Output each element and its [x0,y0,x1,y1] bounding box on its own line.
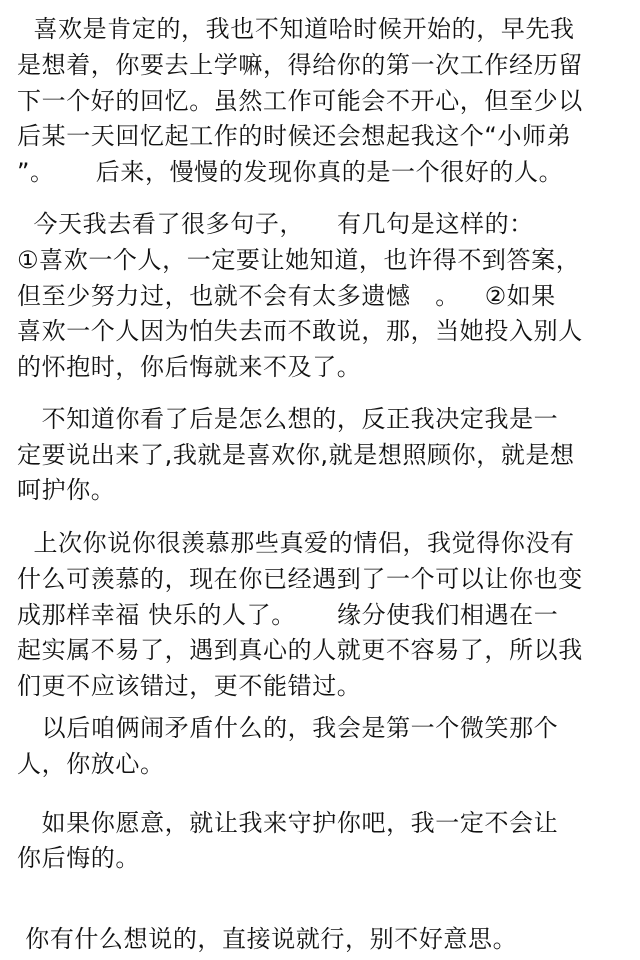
text-line: 上次你说你很羡慕那些真爱的情侣，我觉得你没有 [17,528,575,558]
text-line: 什么可羡慕的，现在你已经遇到了一个可以让你也变 [17,564,583,594]
text-line: 的怀抱时，你后悔就来不及了。 [17,352,361,382]
text-line: 人，你放心。 [17,749,165,779]
text-line: 呵护你。 [17,475,115,505]
text-line: 喜欢是肯定的，我也不知道哈时候开始的，早先我 [17,14,575,44]
text-line: 是想着，你要去上学嘛，得给你的第一次工作经历留 [17,50,583,80]
text-line: 喜欢一个人因为怕失去而不敢说，那，当她投入别人 [17,316,583,346]
text-line: 成那样幸福 快乐的人了。 缘分使我们相遇在一 [17,600,558,630]
text-line: 不知道你看了后是怎么想的，反正我决定我是一 [17,404,558,434]
text-line: 后某一天回忆起工作的时候还会想起我这个“小师弟 [17,121,571,151]
text-line: 起实属不易了，遇到真心的人就更不容易了，所以我 [17,635,583,665]
text-line: 定要说出来了,我就是喜欢你,就是想照顾你，就是想 [17,440,575,470]
text-line: 如果你愿意，就让我来守护你吧，我一定不会让 [17,808,558,838]
text-line: 今天我去看了很多句子， 有几句是这样的： [17,209,534,239]
text-line: 下一个好的回忆。虽然工作可能会不开心，但至少以 [17,86,583,116]
text-line: 但至少努力过，也就不会有太多遗憾 。 ②如果 [17,281,556,311]
text-line: ①喜欢一个人，一定要让她知道，也许得不到答案， [17,245,580,275]
text-line: 们更不应该错过，更不能错过。 [17,671,361,701]
text-line: 以后咱俩闹矛盾什么的，我会是第一个微笑那个 [17,713,558,743]
text-line: 你有什么想说的，直接说就行，别不好意思。 [17,924,517,954]
text-line: ”。 后来，慢慢的发现你真的是一个很好的人。 [17,157,563,187]
text-line: 你后悔的。 [17,843,140,873]
